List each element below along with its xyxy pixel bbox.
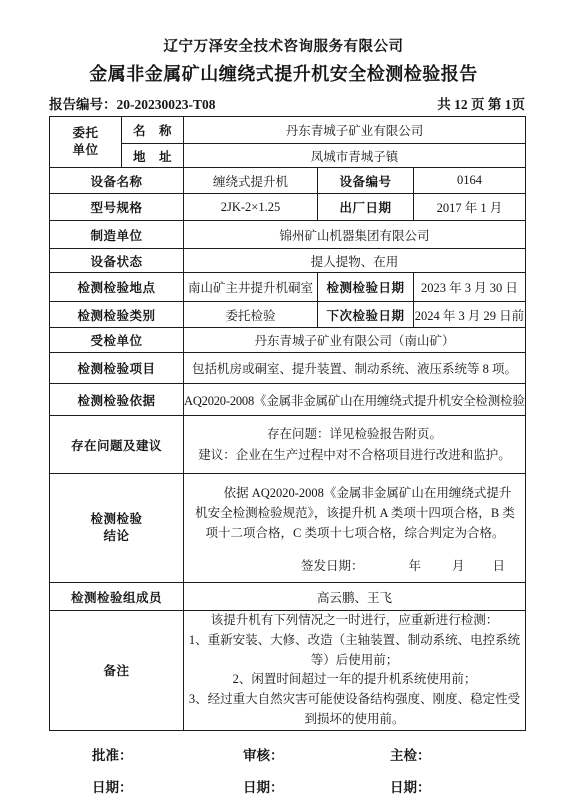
inspection-items-label: 检测检验项目 <box>50 353 184 384</box>
table-row: 受检单位 丹东青城子矿业有限公司（南山矿） <box>50 328 526 353</box>
review-label: 审核： <box>243 744 284 764</box>
problems-suggestions-label: 存在问题及建议 <box>50 416 184 474</box>
table-row: 存在问题及建议 存在问题：详见检验报告附页。 建议：企业在生产过程中对不合格项目… <box>50 416 526 474</box>
table-row: 检测检验依据 AQ2020-2008《金属非金属矿山在用缠绕式提升机安全检测检验… <box>50 384 526 416</box>
sign-day-label: 日 <box>492 556 505 574</box>
table-row: 检测检验地点 南山矿主井提升机硐室 检测检验日期 2023 年 3 月 30 日 <box>50 273 526 302</box>
inspection-team-label: 检测检验组成员 <box>50 583 184 611</box>
table-row: 备注 该提升机有下列情况之一时进行，应重新进行检测： 1、重新安装、大修、改造（… <box>50 611 526 731</box>
device-number-value: 0164 <box>414 168 526 194</box>
client-name-label: 名 称 <box>122 117 184 144</box>
mfg-date-label: 出厂日期 <box>318 194 414 221</box>
inspected-unit-value: 丹东青城子矿业有限公司（南山矿） <box>184 328 526 353</box>
table-row: 地 址 凤城市青城子镇 <box>50 144 526 168</box>
inspection-date-label: 检测检验日期 <box>318 273 414 302</box>
report-title: 金属非金属矿山缠绕式提升机安全检测检验报告 <box>0 60 567 86</box>
remark-value: 该提升机有下列情况之一时进行，应重新进行检测： 1、重新安装、大修、改造（主轴装… <box>184 611 526 731</box>
inspection-category-value: 委托检验 <box>184 302 318 328</box>
inspection-date-value: 2023 年 3 月 30 日 <box>414 273 526 302</box>
client-address-label: 地 址 <box>122 144 184 168</box>
inspection-location-label: 检测检验地点 <box>50 273 184 302</box>
client-unit-label: 委托 单位 <box>50 117 122 168</box>
inspection-location-value: 南山矿主井提升机硐室 <box>184 273 318 302</box>
problems-suggestions-value: 存在问题：详见检验报告附页。 建议：企业在生产过程中对不合格项目进行改进和监护。 <box>184 416 526 474</box>
remark-line: 1、重新安装、大修、改造（主轴装置、制动系统、电控系统等）后使用前； <box>184 631 525 671</box>
client-address-value: 凤城市青城子镇 <box>184 144 526 168</box>
report-meta-line: 报告编号：20-20230023-T08 共 12 页 第 1页 <box>49 93 525 113</box>
inspection-basis-label: 检测检验依据 <box>50 384 184 416</box>
table-row: 检测检验组成员 高云鹏、王飞 <box>50 583 526 611</box>
sign-month-label: 月 <box>452 556 465 574</box>
sign-date-label: 签发日期： <box>301 556 364 574</box>
approve-date-label: 日期： <box>92 776 133 796</box>
device-name-label: 设备名称 <box>50 168 184 194</box>
table-row: 检测检验 结论 依据 AQ2020-2008《金属非金属矿山在用缠绕式提升机安全… <box>50 474 526 583</box>
chief-inspector-label: 主检： <box>390 744 431 764</box>
device-status-label: 设备状态 <box>50 249 184 273</box>
manufacturer-label: 制造单位 <box>50 221 184 249</box>
approve-label: 批准： <box>92 744 133 764</box>
device-number-label: 设备编号 <box>318 168 414 194</box>
suggestion-line: 建议：企业在生产过程中对不合格项目进行改进和监护。 <box>184 445 525 466</box>
conclusion-label: 检测检验 结论 <box>50 474 184 583</box>
inspection-basis-value: AQ2020-2008《金属非金属矿山在用缠绕式提升机安全检测检验规范》 <box>184 384 526 416</box>
table-row: 检测检验类别 委托检验 下次检验日期 2024 年 3 月 29 日前 <box>50 302 526 328</box>
report-number: 报告编号：20-20230023-T08 <box>49 93 216 113</box>
client-name-value: 丹东青城子矿业有限公司 <box>184 117 526 144</box>
next-inspection-date-label: 下次检验日期 <box>318 302 414 328</box>
problems-line: 存在问题：详见检验报告附页。 <box>184 424 525 445</box>
date-row: 日期： 日期： 日期： <box>49 776 525 793</box>
table-row: 型号规格 2JK-2×1.25 出厂日期 2017 年 1 月 <box>50 194 526 221</box>
mfg-date-value: 2017 年 1 月 <box>414 194 526 221</box>
model-spec-label: 型号规格 <box>50 194 184 221</box>
device-status-value: 提人提物、在用 <box>184 249 526 273</box>
report-page: 辽宁万泽安全技术咨询服务有限公司 金属非金属矿山缠绕式提升机安全检测检验报告 报… <box>0 0 567 802</box>
remark-line: 2、闲置时间超过一年的提升机系统使用前； <box>184 670 525 690</box>
chief-date-label: 日期： <box>390 776 431 796</box>
signature-footer: 批准： 审核： 主检： 日期： 日期： 日期： <box>49 744 525 793</box>
next-inspection-date-value: 2024 年 3 月 29 日前 <box>414 302 526 328</box>
inspection-items-value: 包括机房或硐室、提升装置、制动系统、液压系统等 8 项。 <box>184 353 526 384</box>
inspection-category-label: 检测检验类别 <box>50 302 184 328</box>
inspection-team-value: 高云鹏、王飞 <box>184 583 526 611</box>
remark-line: 该提升机有下列情况之一时进行，应重新进行检测： <box>184 611 525 631</box>
table-row: 委托 单位 名 称 丹东青城子矿业有限公司 <box>50 117 526 144</box>
sign-year-label: 年 <box>408 556 421 574</box>
page-indicator: 共 12 页 第 1页 <box>437 93 525 113</box>
remark-line: 3、经过重大自然灾害可能使设备结构强度、刚度、稳定性受到损坏的使用前。 <box>184 690 525 730</box>
conclusion-text: 依据 AQ2020-2008《金属非金属矿山在用缠绕式提升机安全检测检验规范》，… <box>193 483 517 544</box>
company-name: 辽宁万泽安全技术咨询服务有限公司 <box>0 35 567 56</box>
sign-date-line: 签发日期： 年 月 日 <box>193 556 517 574</box>
review-date-label: 日期： <box>243 776 284 796</box>
signature-row: 批准： 审核： 主检： <box>49 744 525 761</box>
document-header: 辽宁万泽安全技术咨询服务有限公司 金属非金属矿山缠绕式提升机安全检测检验报告 <box>0 0 567 86</box>
report-table: 委托 单位 名 称 丹东青城子矿业有限公司 地 址 凤城市青城子镇 设备名称 缠… <box>49 116 526 731</box>
conclusion-value: 依据 AQ2020-2008《金属非金属矿山在用缠绕式提升机安全检测检验规范》，… <box>184 474 526 583</box>
table-row: 设备名称 缠绕式提升机 设备编号 0164 <box>50 168 526 194</box>
table-row: 设备状态 提人提物、在用 <box>50 249 526 273</box>
inspected-unit-label: 受检单位 <box>50 328 184 353</box>
model-spec-value: 2JK-2×1.25 <box>184 194 318 221</box>
device-name-value: 缠绕式提升机 <box>184 168 318 194</box>
remark-label: 备注 <box>50 611 184 731</box>
table-row: 检测检验项目 包括机房或硐室、提升装置、制动系统、液压系统等 8 项。 <box>50 353 526 384</box>
manufacturer-value: 锦州矿山机器集团有限公司 <box>184 221 526 249</box>
table-row: 制造单位 锦州矿山机器集团有限公司 <box>50 221 526 249</box>
